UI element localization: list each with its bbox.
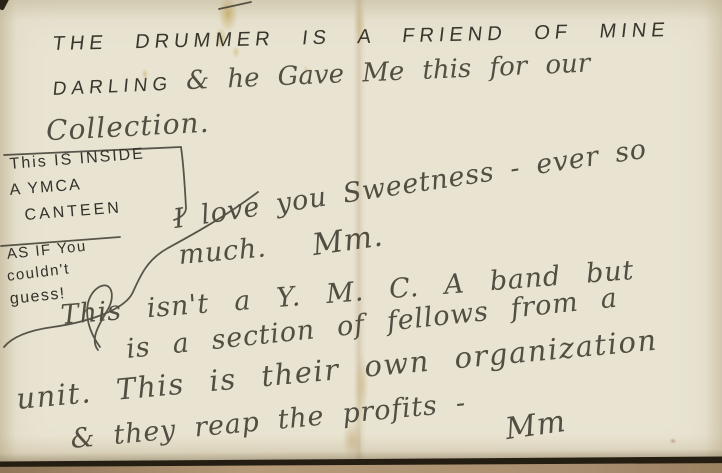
box-note-line-1: This IS INSIDE (9, 145, 146, 174)
aside-line-2: couldn't (6, 260, 71, 285)
greeting-line: DARLING& he Gave Me this for our (52, 49, 591, 102)
aside-line-1: AS IF You (6, 238, 88, 263)
stray-top-mark (219, 2, 251, 9)
love-signature: Mm. (310, 218, 385, 263)
aside-line-3: guess! (9, 285, 67, 309)
greeting-cursive-text: & he Gave Me this for our (185, 49, 591, 97)
handwritten-note-photo: THE DRUMMER IS A FRIEND OF MINE DARLING&… (0, 0, 722, 473)
collection-line: Collection. (45, 106, 210, 148)
box-note-line-3: CANTEEN (24, 199, 123, 225)
greeting-caps-word: DARLING (52, 74, 173, 101)
corner-nick-mark (0, 0, 10, 11)
love-line-2: much. (177, 232, 267, 271)
body-signature: Mm (503, 404, 568, 447)
love-line-1: I love you Sweetness - ever so (171, 134, 648, 235)
box-note-line-2: A YMCA (9, 176, 82, 200)
